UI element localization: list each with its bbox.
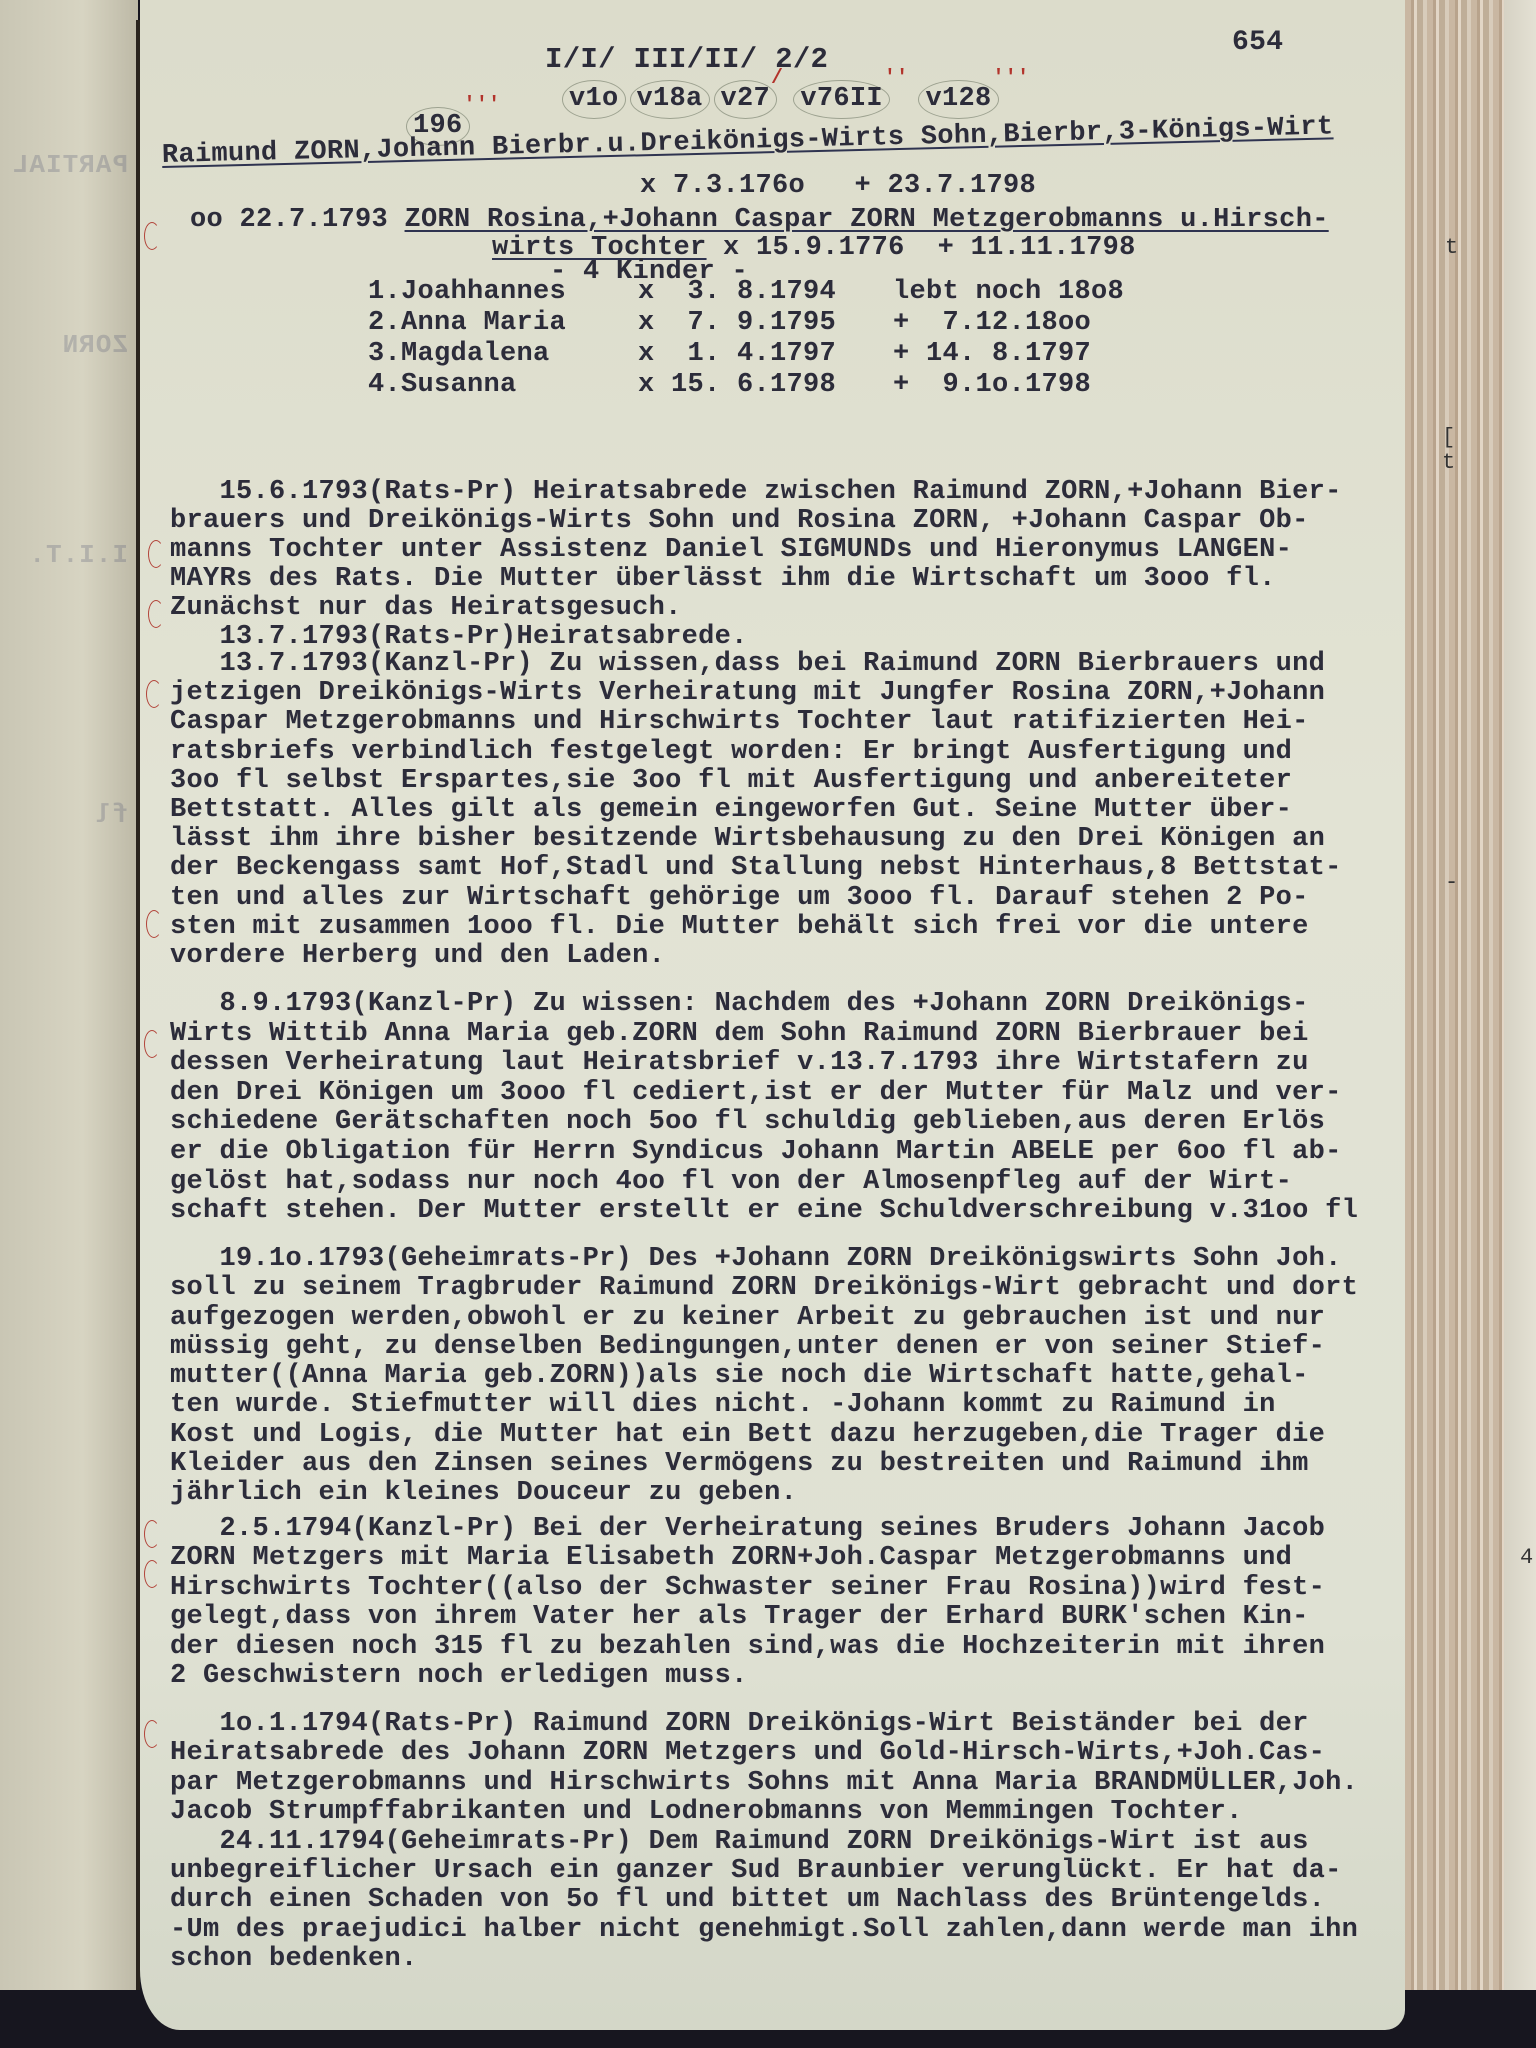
red-margin-mark	[148, 540, 164, 568]
entry-line: 1o.1.1794(Rats-Pr) Raimund ZORN Dreiköni…	[170, 1710, 1358, 1739]
edge-mark: t	[1445, 235, 1458, 260]
child-name: 3.Magdalena	[368, 340, 638, 371]
child-death: + 7.12.18oo	[893, 309, 1091, 340]
entry-line: gelöst hat,sodass nur noch 4oo fl von de…	[170, 1168, 1358, 1198]
entry-line: 19.1o.1793(Geheimrats-Pr) Des +Johann ZO…	[170, 1245, 1358, 1274]
red-margin-mark	[146, 680, 162, 708]
birth-death-dates: x 7.3.176o + 23.7.1798	[640, 172, 1036, 201]
red-margin-mark	[144, 1030, 160, 1058]
entry-line: mutter((Anna Maria geb.ZORN))als sie noc…	[170, 1362, 1358, 1391]
child-death: lebt noch 18o8	[893, 278, 1124, 309]
entry-line: Kleider aus den Zinsen seines Vermögens …	[170, 1450, 1358, 1479]
document-page: 654 I/I/ III/II/ 2/2 196''' v1ov18av27/v…	[140, 0, 1405, 2030]
entry-line: Jacob Strumpffabrikanten und Lodnerobman…	[170, 1798, 1358, 1827]
entry-line: MAYRs des Rats. Die Mutter überlässt ihm…	[170, 565, 1342, 594]
book-page-edges: t [ t - 4	[1405, 0, 1536, 1990]
classification-code: I/I/ III/II/ 2/2	[545, 45, 828, 74]
child-birth: x 7. 9.1795	[638, 309, 893, 340]
entry-line: ten wurde. Stiefmutter will dies nicht. …	[170, 1391, 1358, 1420]
child-row: 4.Susannax 15. 6.1798+ 9.1o.1798	[368, 371, 1124, 402]
page-number: 654	[1232, 28, 1283, 57]
child-row: 2.Anna Mariax 7. 9.1795+ 7.12.18oo	[368, 309, 1124, 340]
spouse-name: ZORN Rosina,+Johann Caspar ZORN Metzgero…	[405, 205, 1329, 235]
child-row: 1.Joahhannesx 3. 8.1794lebt noch 18o8	[368, 278, 1124, 309]
red-margin-mark	[144, 1720, 160, 1748]
entry-line: 2.5.1794(Kanzl-Pr) Bei der Verheiratung …	[170, 1515, 1325, 1544]
entry-line: müssig geht, zu denselben Bedingungen,un…	[170, 1333, 1358, 1362]
entry-line: schon bedenken.	[170, 1945, 1358, 1974]
entry-line: 3oo fl selbst Erspartes,sie 3oo fl mit A…	[170, 767, 1342, 796]
entry-line: ratsbriefs verbindlich festgelegt worden…	[170, 738, 1342, 767]
record-entry: 19.1o.1793(Geheimrats-Pr) Des +Johann ZO…	[170, 1245, 1358, 1509]
entry-line: Hirschwirts Tochter((also der Schwaster …	[170, 1574, 1325, 1603]
edge-mark: t	[1442, 450, 1455, 475]
entry-line: aufgezogen werden,obwohl er zu keiner Ar…	[170, 1304, 1358, 1333]
entry-line: den Drei Königen um 3ooo fl cediert,ist …	[170, 1079, 1358, 1109]
entry-line: 2 Geschwistern noch erledigen muss.	[170, 1662, 1325, 1691]
entry-line: Wirts Wittib Anna Maria geb.ZORN dem Soh…	[170, 1020, 1358, 1050]
entry-line: unbegreiflicher Ursach ein ganzer Sud Br…	[170, 1857, 1358, 1886]
entry-line: vordere Herberg und den Laden.	[170, 942, 1342, 971]
entry-line: par Metzgerobmanns und Hirschwirts Sohns…	[170, 1769, 1358, 1798]
red-tick-mark: '''	[993, 67, 1030, 90]
record-entry: 13.7.1793(Kanzl-Pr) Zu wissen,dass bei R…	[170, 650, 1342, 971]
red-tick-mark: /	[771, 67, 783, 90]
entry-line: brauers und Dreikönigs-Wirts Sohn und Ro…	[170, 507, 1342, 536]
record-entry: 2.5.1794(Kanzl-Pr) Bei der Verheiratung …	[170, 1515, 1325, 1691]
entry-line: sten mit zusammen 1ooo fl. Die Mutter be…	[170, 913, 1342, 942]
volume-reference: v18a	[630, 80, 710, 119]
entry-line: Heiratsabrede des Johann ZORN Metzgers u…	[170, 1739, 1358, 1768]
entry-line: -Um des praejudici halber nicht genehmig…	[170, 1916, 1358, 1945]
red-margin-mark	[144, 1560, 160, 1588]
entry-line: 15.6.1793(Rats-Pr) Heiratsabrede zwische…	[170, 478, 1342, 507]
entry-line: lässt ihm ihre bisher besitzende Wirtsbe…	[170, 825, 1342, 854]
entry-line: der Beckengass samt Hof,Stadl und Stallu…	[170, 854, 1342, 883]
children-list: 1.Joahhannesx 3. 8.1794lebt noch 18o82.A…	[368, 278, 1124, 402]
entry-line: er die Obligation für Herrn Syndicus Joh…	[170, 1138, 1358, 1168]
red-margin-mark	[146, 910, 162, 938]
volume-reference: v76II	[793, 80, 890, 119]
edge-mark: 4	[1520, 1545, 1533, 1570]
entry-line: 13.7.1793(Kanzl-Pr) Zu wissen,dass bei R…	[170, 650, 1342, 679]
child-birth: x 15. 6.1798	[638, 371, 893, 402]
entry-line: Caspar Metzgerobmanns und Hirschwirts To…	[170, 708, 1342, 737]
entry-line: Kost und Logis, die Mutter hat ein Bett …	[170, 1421, 1358, 1450]
red-margin-mark	[144, 222, 160, 250]
entry-line: 24.11.1794(Geheimrats-Pr) Dem Raimund ZO…	[170, 1828, 1358, 1857]
red-margin-mark	[144, 1520, 160, 1548]
entry-line: ZORN Metzgers mit Maria Elisabeth ZORN+J…	[170, 1544, 1325, 1573]
entry-line: dessen Verheiratung laut Heiratsbrief v.…	[170, 1049, 1358, 1079]
volume-references: v1ov18av27/v76II''v128'''	[560, 80, 1037, 119]
entry-line: Bettstatt. Alles gilt als gemein eingewo…	[170, 796, 1342, 825]
entry-line: Zunächst nur das Heiratsgesuch.	[170, 594, 1342, 623]
red-margin-mark	[148, 600, 164, 628]
entry-line: 8.9.1793(Kanzl-Pr) Zu wissen: Nachdem de…	[170, 990, 1358, 1020]
entry-line: jährlich ein kleines Douceur zu geben.	[170, 1479, 1358, 1508]
entry-line: ten und alles zur Wirtschaft gehörige um…	[170, 884, 1342, 913]
record-entry: 15.6.1793(Rats-Pr) Heiratsabrede zwische…	[170, 478, 1342, 652]
edge-mark: -	[1445, 870, 1458, 895]
child-death: + 14. 8.1797	[893, 340, 1091, 371]
child-name: 1.Joahhannes	[368, 278, 638, 309]
red-tick-mark: '''	[464, 94, 501, 117]
child-death: + 9.1o.1798	[893, 371, 1091, 402]
entry-line: der diesen noch 315 fl zu bezahlen sind,…	[170, 1633, 1325, 1662]
marriage-date: oo 22.7.1793	[190, 205, 405, 235]
left-page-edge: PARTIAL ZORN I.I.T. fl	[0, 0, 138, 1990]
entry-line: 13.7.1793(Rats-Pr)Heiratsabrede.	[170, 623, 1342, 652]
red-tick-mark: ''	[884, 67, 909, 90]
record-entry: 1o.1.1794(Rats-Pr) Raimund ZORN Dreiköni…	[170, 1710, 1358, 1975]
entry-line: durch einen Schaden von 5o fl und bittet…	[170, 1886, 1358, 1915]
bleed-through-text: ZORN	[8, 330, 128, 360]
entry-line: soll zu seinem Tragbruder Raimund ZORN D…	[170, 1274, 1358, 1303]
entry-line: manns Tochter unter Assistenz Daniel SIG…	[170, 536, 1342, 565]
record-entry: 8.9.1793(Kanzl-Pr) Zu wissen: Nachdem de…	[170, 990, 1358, 1227]
bleed-through-text: PARTIAL	[8, 150, 128, 180]
child-name: 2.Anna Maria	[368, 309, 638, 340]
next-page-edge	[1504, 0, 1536, 1990]
child-name: 4.Susanna	[368, 371, 638, 402]
edge-mark: [	[1442, 425, 1455, 450]
marriage-line: oo 22.7.1793 ZORN Rosina,+Johann Caspar …	[190, 206, 1329, 235]
spouse-dates: x 15.9.1776 + 11.11.1798	[707, 233, 1136, 263]
entry-line: jetzigen Dreikönigs-Wirts Verheiratung m…	[170, 679, 1342, 708]
bleed-through-text: I.I.T.	[8, 540, 128, 570]
child-birth: x 3. 8.1794	[638, 278, 893, 309]
child-row: 3.Magdalenax 1. 4.1797+ 14. 8.1797	[368, 340, 1124, 371]
bleed-through-text: fl	[8, 800, 128, 830]
volume-reference: v27	[714, 80, 778, 119]
entry-line: schiedene Gerätschaften noch 5oo fl schu…	[170, 1108, 1358, 1138]
child-birth: x 1. 4.1797	[638, 340, 893, 371]
entry-line: gelegt,dass von ihrem Vater her als Trag…	[170, 1603, 1325, 1632]
entry-line: schaft stehen. Der Mutter erstellt er ei…	[170, 1197, 1358, 1227]
volume-reference: v128	[918, 80, 998, 119]
volume-reference: v1o	[562, 80, 626, 119]
